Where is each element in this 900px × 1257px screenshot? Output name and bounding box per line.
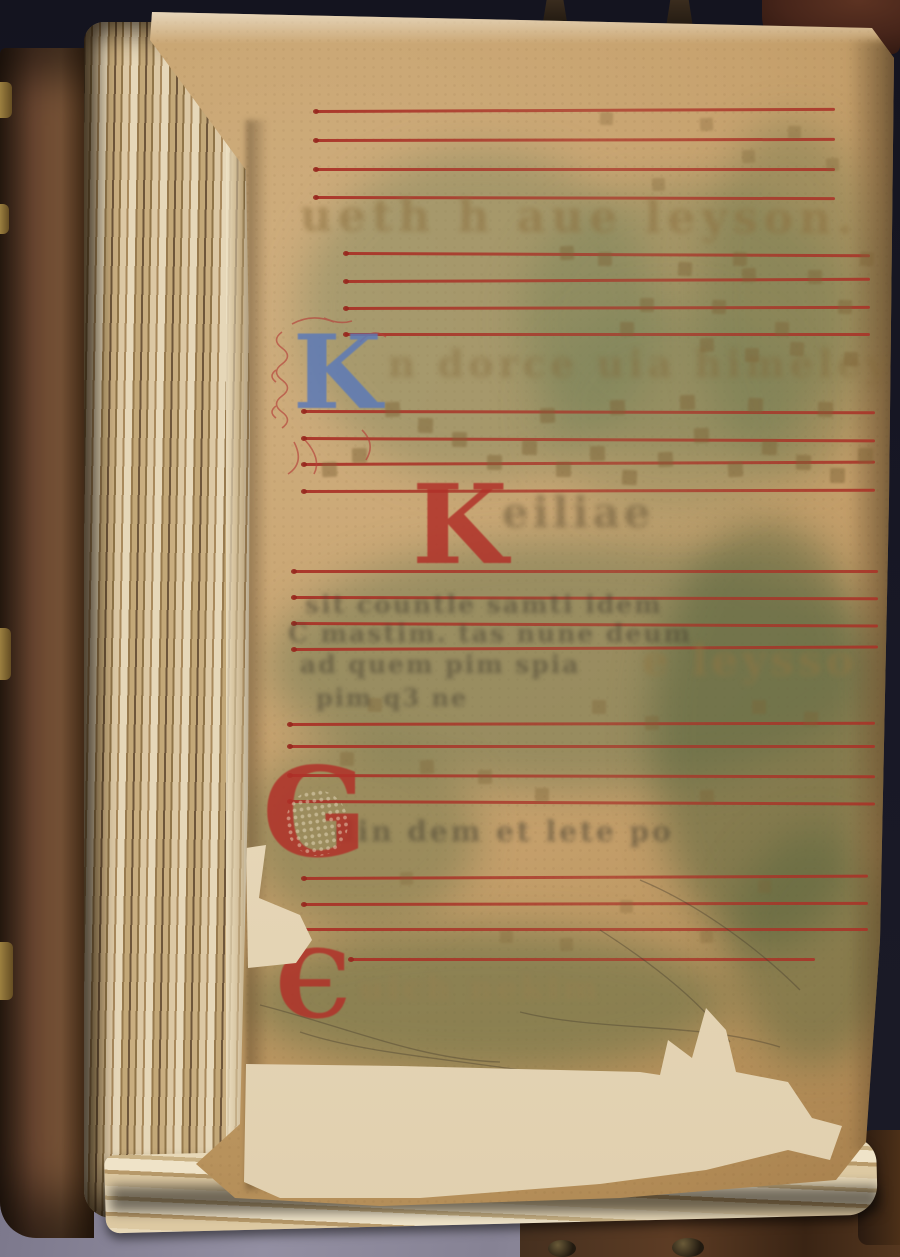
stand-knob-icon — [672, 1238, 704, 1257]
manuscript-photo: ueth h aue leyson. n dorce uia himeley e… — [0, 0, 900, 1257]
clasp-icon — [0, 82, 12, 118]
clasp-icon — [0, 204, 9, 234]
stand-knob-icon — [548, 1240, 576, 1257]
clasp-icon — [0, 628, 11, 680]
clasp-icon — [0, 942, 13, 1000]
page-edges-stack-left — [84, 22, 256, 1218]
leather-cover-left — [0, 48, 94, 1238]
